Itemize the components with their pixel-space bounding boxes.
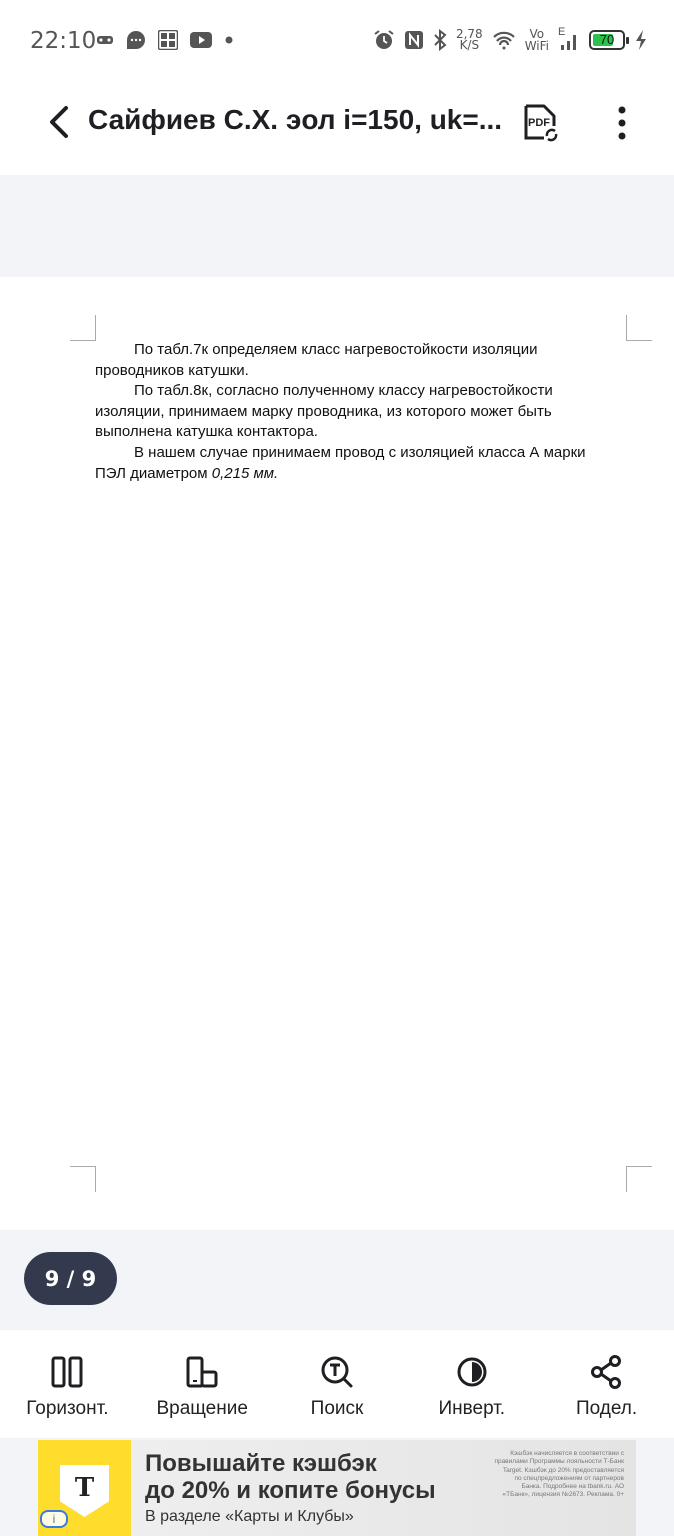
svg-text:PDF: PDF: [528, 117, 550, 129]
document-page[interactable]: По табл.7к определяем класс нагревостойк…: [0, 277, 674, 1230]
ad-headline: Повышайте кэшбэк до 20% и копите бонусы: [145, 1450, 436, 1504]
paragraph: По табл.7к определяем класс нагревостойк…: [95, 340, 615, 381]
ad-info-icon[interactable]: i: [40, 1510, 68, 1528]
charging-icon: [634, 29, 648, 51]
nfc-icon: [404, 30, 424, 50]
chevron-left-icon[interactable]: [42, 102, 76, 142]
document-text: По табл.7к определяем класс нагревостойк…: [95, 340, 615, 484]
network-speed: 2,78 K/S: [456, 29, 483, 51]
gamepad-icon: [96, 34, 114, 46]
vowifi-indicator: Vo WiFi: [525, 28, 549, 52]
crop-mark-bottom-right: [626, 1166, 652, 1192]
page-indicator[interactable]: 9 / 9: [24, 1252, 117, 1305]
ad-content[interactable]: Т i Повышайте кэшбэк до 20% и копите бон…: [38, 1440, 636, 1536]
search-button[interactable]: Поиск: [272, 1330, 402, 1438]
crop-mark-bottom-left: [70, 1166, 96, 1192]
ad-subline: В разделе «Карты и Клубы»: [145, 1508, 354, 1526]
share-icon: [587, 1352, 627, 1392]
horizontal-view-icon: [47, 1352, 87, 1392]
bluetooth-icon: [433, 29, 447, 51]
more-vertical-icon[interactable]: [610, 102, 634, 144]
page-gap: [0, 175, 674, 277]
status-bar: 22:10 2,78 K/S Vo WiFi E 70: [0, 0, 674, 84]
battery-icon: 70: [589, 30, 625, 50]
bottom-toolbar: Горизонт. Вращение Поиск Инверт. Подел.: [0, 1330, 674, 1438]
crop-mark-top-right: [626, 315, 652, 341]
rotate-button[interactable]: Вращение: [137, 1330, 267, 1438]
grid-app-icon: [158, 30, 178, 50]
app-bar: Сайфиев С.Х. эол i=150, uk=... PDF: [0, 84, 674, 175]
invert-button[interactable]: Инверт.: [407, 1330, 537, 1438]
pdf-convert-icon[interactable]: PDF: [520, 102, 560, 144]
shield-icon: Т: [60, 1465, 109, 1517]
alarm-icon: [373, 29, 395, 51]
share-button[interactable]: Подел.: [542, 1330, 672, 1438]
signal-icon: E: [558, 29, 580, 51]
paragraph: По табл.8к, согласно полученному классу …: [95, 381, 615, 443]
ad-banner: Т i Повышайте кэшбэк до 20% и копите бон…: [0, 1438, 674, 1536]
document-title: Сайфиев С.Х. эол i=150, uk=...: [88, 104, 504, 136]
crop-mark-top-left: [70, 315, 96, 341]
horizontal-view-button[interactable]: Горизонт.: [2, 1330, 132, 1438]
paragraph: В нашем случае принимаем провод с изоляц…: [95, 443, 615, 484]
wifi-icon: [492, 30, 516, 50]
wire-diameter: 0,215 мм.: [212, 465, 278, 482]
chat-bubble-icon: [126, 30, 146, 50]
ad-fine-print: Кэшбэк начисляется в соответствии с прав…: [494, 1450, 624, 1500]
tbank-logo: Т i: [38, 1440, 131, 1536]
youtube-icon: [190, 32, 212, 48]
rotate-screen-icon: [182, 1352, 222, 1392]
page-gap-bottom: 9 / 9: [0, 1230, 674, 1330]
invert-colors-icon: [452, 1352, 492, 1392]
dot-icon: [224, 35, 234, 45]
text-search-icon: [317, 1352, 357, 1392]
clock: 22:10: [30, 28, 96, 54]
